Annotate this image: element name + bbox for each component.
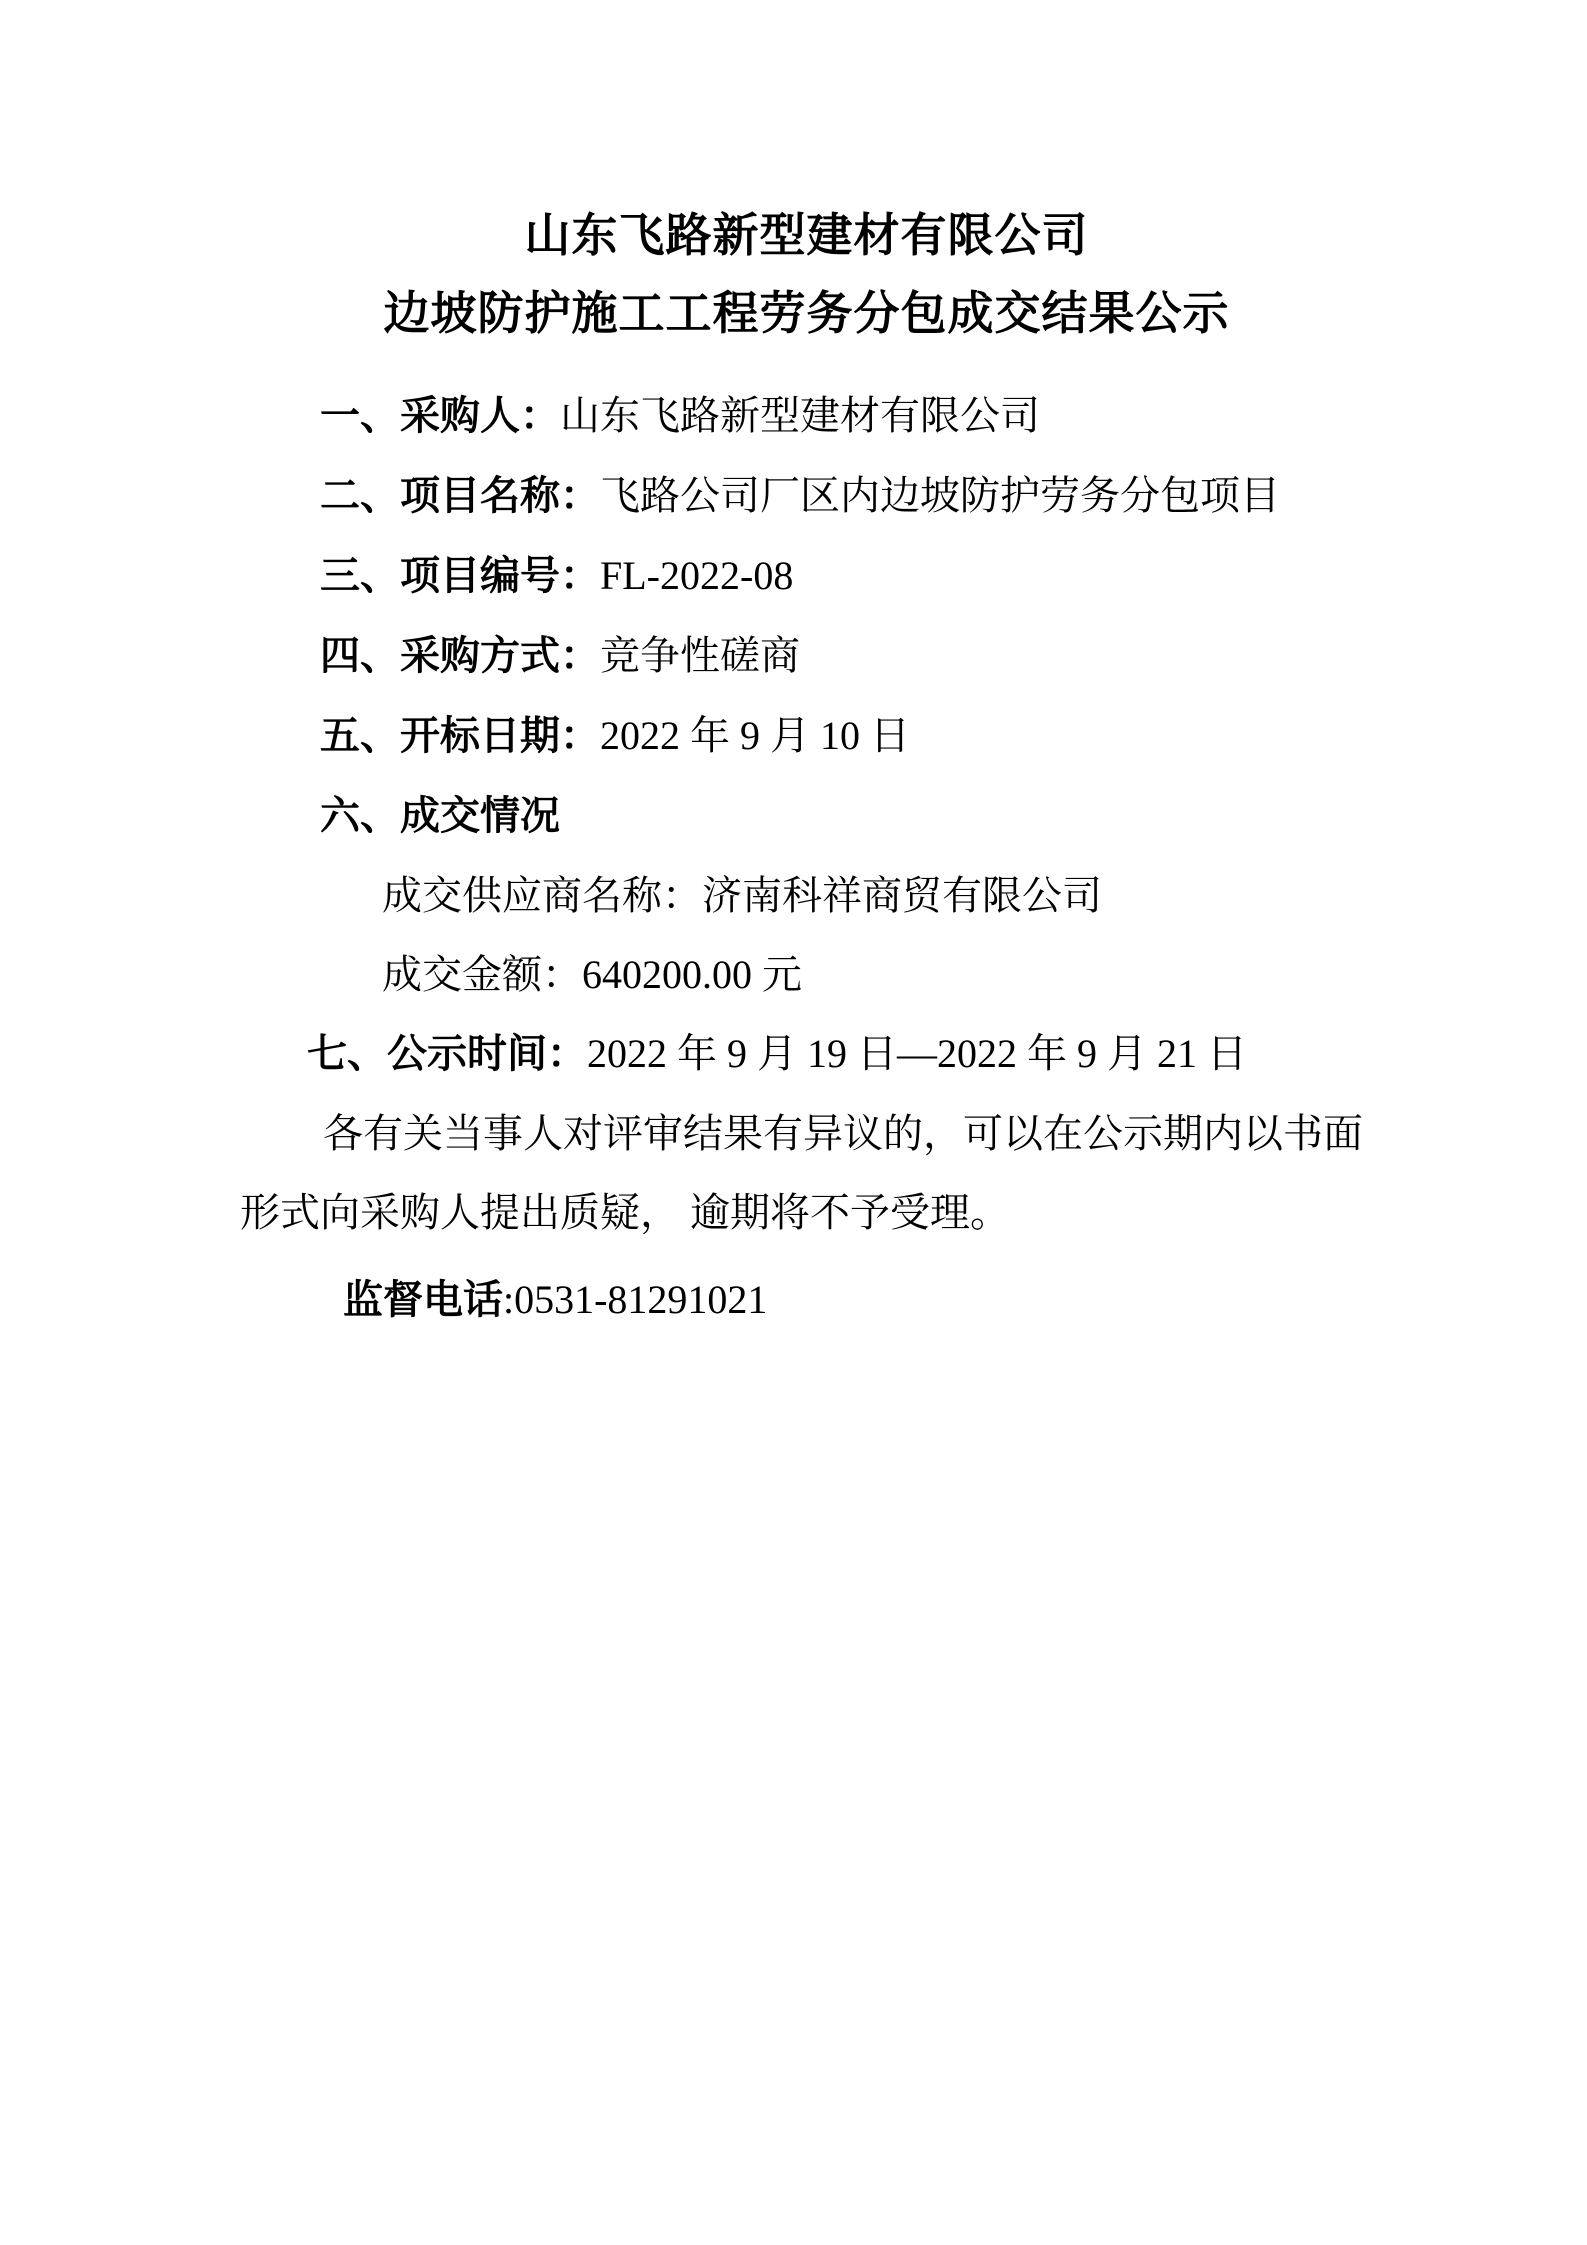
title-block: 山东飞路新型建材有限公司 边坡防护施工工程劳务分包成交结果公示 [240,196,1373,352]
phone-label: 监督电话 [343,1278,503,1322]
item-value: 2022 年 9 月 19 日—2022 年 9 月 21 日 [587,1031,1247,1076]
item-label: 四、采购方式： [320,634,600,678]
item-label: 五、开标日期： [320,714,600,758]
phone-number: :0531-81291021 [503,1277,767,1322]
sub-item-supplier: 成交供应商名称：济南科祥商贸有限公司 [240,856,1373,935]
item-value: FL-2022-08 [600,553,793,598]
list-item-7: 七、公示时间：2022 年 9 月 19 日—2022 年 9 月 21 日 [240,1014,1373,1094]
item-value: 飞路公司厂区内边坡防护劳务分包项目 [600,473,1280,518]
list-item-4: 四、采购方式：竞争性磋商 [240,616,1373,696]
list-item-2: 二、项目名称：飞路公司厂区内边坡防护劳务分包项目 [240,456,1373,536]
item-value: 山东飞路新型建材有限公司 [560,393,1040,438]
item-label: 六、成交情况 [320,794,560,838]
sub-item-value: 640200.00 元 [582,952,802,997]
paragraph-line-2: 形式向采购人提出质疑， 逾期将不予受理。 [240,1173,1373,1252]
list-item-5: 五、开标日期：2022 年 9 月 10 日 [240,696,1373,776]
sub-item-label: 成交金额： [382,952,582,997]
sub-item-amount: 成交金额：640200.00 元 [240,935,1373,1014]
item-label: 二、项目名称： [320,474,600,518]
paragraph-line-1: 各有关当事人对评审结果有异议的，可以在公示期内以书面 [240,1094,1373,1173]
list-item-6: 六、成交情况 [240,776,1373,856]
doc-body: 一、采购人：山东飞路新型建材有限公司 二、项目名称：飞路公司厂区内边坡防护劳务分… [240,376,1373,1340]
item-label: 一、采购人： [320,394,560,438]
document-page: 山东飞路新型建材有限公司 边坡防护施工工程劳务分包成交结果公示 一、采购人：山东… [0,0,1587,2245]
sub-item-label: 成交供应商名称： [382,873,702,918]
item-value: 竞争性磋商 [600,633,800,678]
item-value: 2022 年 9 月 10 日 [600,713,910,758]
item-label: 三、项目编号： [320,554,600,598]
doc-title-line1: 山东飞路新型建材有限公司 [240,196,1373,274]
phone-line: 监督电话:0531-81291021 [240,1260,1373,1340]
sub-item-value: 济南科祥商贸有限公司 [702,873,1102,918]
item-label: 七、公示时间： [307,1032,587,1076]
list-item-1: 一、采购人：山东飞路新型建材有限公司 [240,376,1373,456]
list-item-3: 三、项目编号：FL-2022-08 [240,536,1373,616]
doc-title-line2: 边坡防护施工工程劳务分包成交结果公示 [240,274,1373,352]
